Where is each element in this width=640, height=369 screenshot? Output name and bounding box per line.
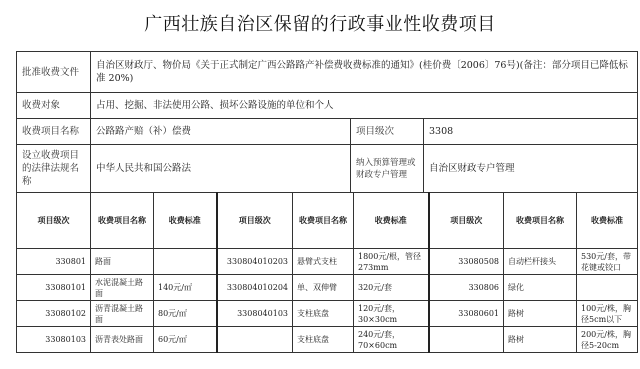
header-standard-2: 收费标准 — [354, 192, 429, 249]
level-value: 3308 — [424, 119, 638, 145]
cell-standard — [577, 275, 638, 301]
budget-value: 自治区财政专户管理 — [424, 145, 638, 193]
fee-standard-table: 项目级次 收费项目名称 收费标准 项目级次 收费项目名称 收费标准 项目级次 收… — [16, 192, 638, 353]
page-title: 广西壮族自治区保留的行政事业性收费项目 — [0, 10, 640, 36]
info-row-law: 设立收费项目的法律法规名称 中华人民共和国公路法 纳入预算管理或财政专户管理 自… — [17, 145, 638, 193]
cell-standard — [154, 249, 217, 275]
header-level-2: 项目级次 — [217, 192, 293, 249]
fee-name-value: 公路路产赔（补）偿费 — [91, 119, 351, 145]
cell-level: 33080102 — [17, 301, 91, 327]
info-row-approval-doc: 批准收费文件 自治区财政厅、物价局《关于正式制定广西公路路产补偿费收费标准的通知… — [17, 52, 638, 93]
cell-name: 绿化 — [504, 275, 577, 301]
cell-level: 33080508 — [429, 249, 504, 275]
budget-label: 纳入预算管理或财政专户管理 — [351, 145, 424, 193]
info-table: 批准收费文件 自治区财政厅、物价局《关于正式制定广西公路路产补偿费收费标准的通知… — [16, 51, 638, 193]
cell-standard: 200元/株，胸径5-20cm — [577, 327, 638, 353]
cell-name: 路树 — [504, 327, 577, 353]
header-standard-1: 收费标准 — [154, 192, 217, 249]
cell-standard: 240元/套，70×60cm — [354, 327, 429, 353]
cell-name: 沥青表处路面 — [91, 327, 154, 353]
header-name-2: 收费项目名称 — [293, 192, 354, 249]
cell-standard: 320元/套 — [354, 275, 429, 301]
info-row-payer: 收费对象 占用、挖掘、非法使用公路、损坏公路设施的单位和个人 — [17, 93, 638, 119]
info-row-fee-name: 收费项目名称 公路路产赔（补）偿费 项目级次 3308 — [17, 119, 638, 145]
cell-standard: 60元/㎡ — [154, 327, 217, 353]
header-level-3: 项目级次 — [429, 192, 504, 249]
cell-standard: 120元/套，30×30cm — [354, 301, 429, 327]
cell-name: 沥青混凝土路面 — [91, 301, 154, 327]
table-row: 330801 路面 330804010203 悬臂式支柱 1800元/根，管径2… — [17, 249, 638, 275]
cell-level: 33080101 — [17, 275, 91, 301]
approval-doc-label: 批准收费文件 — [17, 52, 91, 93]
cell-name: 路面 — [91, 249, 154, 275]
cell-name: 支柱底盘 — [293, 327, 354, 353]
table-row: 33080102 沥青混凝土路面 80元/㎡ 3308040103 支柱底盘 1… — [17, 301, 638, 327]
payer-label: 收费对象 — [17, 93, 91, 119]
level-label: 项目级次 — [351, 119, 424, 145]
cell-level: 330806 — [429, 275, 504, 301]
fee-name-label: 收费项目名称 — [17, 119, 91, 145]
cell-standard: 530元/套，带花键或铰口 — [577, 249, 638, 275]
approval-doc-value: 自治区财政厅、物价局《关于正式制定广西公路路产补偿费收费标准的通知》(桂价费〔2… — [91, 52, 638, 93]
law-value: 中华人民共和国公路法 — [91, 145, 351, 193]
cell-level: 33080601 — [429, 301, 504, 327]
header-standard-3: 收费标准 — [577, 192, 638, 249]
payer-value: 占用、挖掘、非法使用公路、损坏公路设施的单位和个人 — [91, 93, 638, 119]
cell-standard: 100元/株，胸径5cm以下 — [577, 301, 638, 327]
fee-table-header: 项目级次 收费项目名称 收费标准 项目级次 收费项目名称 收费标准 项目级次 收… — [17, 192, 638, 249]
law-label: 设立收费项目的法律法规名称 — [17, 145, 91, 193]
header-level-1: 项目级次 — [17, 192, 91, 249]
cell-standard: 80元/㎡ — [154, 301, 217, 327]
cell-level: 330804010203 — [217, 249, 293, 275]
cell-level — [217, 327, 293, 353]
cell-level: 330804010204 — [217, 275, 293, 301]
cell-name: 路树 — [504, 301, 577, 327]
cell-level: 33080103 — [17, 327, 91, 353]
cell-level: 330801 — [17, 249, 91, 275]
cell-name: 支柱底盘 — [293, 301, 354, 327]
cell-name: 水泥混凝土路面 — [91, 275, 154, 301]
table-row: 33080103 沥青表处路面 60元/㎡ 支柱底盘 240元/套，70×60c… — [17, 327, 638, 353]
cell-standard: 1800元/根，管径273mm — [354, 249, 429, 275]
cell-level — [429, 327, 504, 353]
cell-name: 自动栏杆接头 — [504, 249, 577, 275]
table-row: 33080101 水泥混凝土路面 140元/㎡ 330804010204 单、双… — [17, 275, 638, 301]
header-name-1: 收费项目名称 — [91, 192, 154, 249]
cell-standard: 140元/㎡ — [154, 275, 217, 301]
cell-name: 单、双伸臂 — [293, 275, 354, 301]
cell-level: 3308040103 — [217, 301, 293, 327]
header-name-3: 收费项目名称 — [504, 192, 577, 249]
cell-name: 悬臂式支柱 — [293, 249, 354, 275]
